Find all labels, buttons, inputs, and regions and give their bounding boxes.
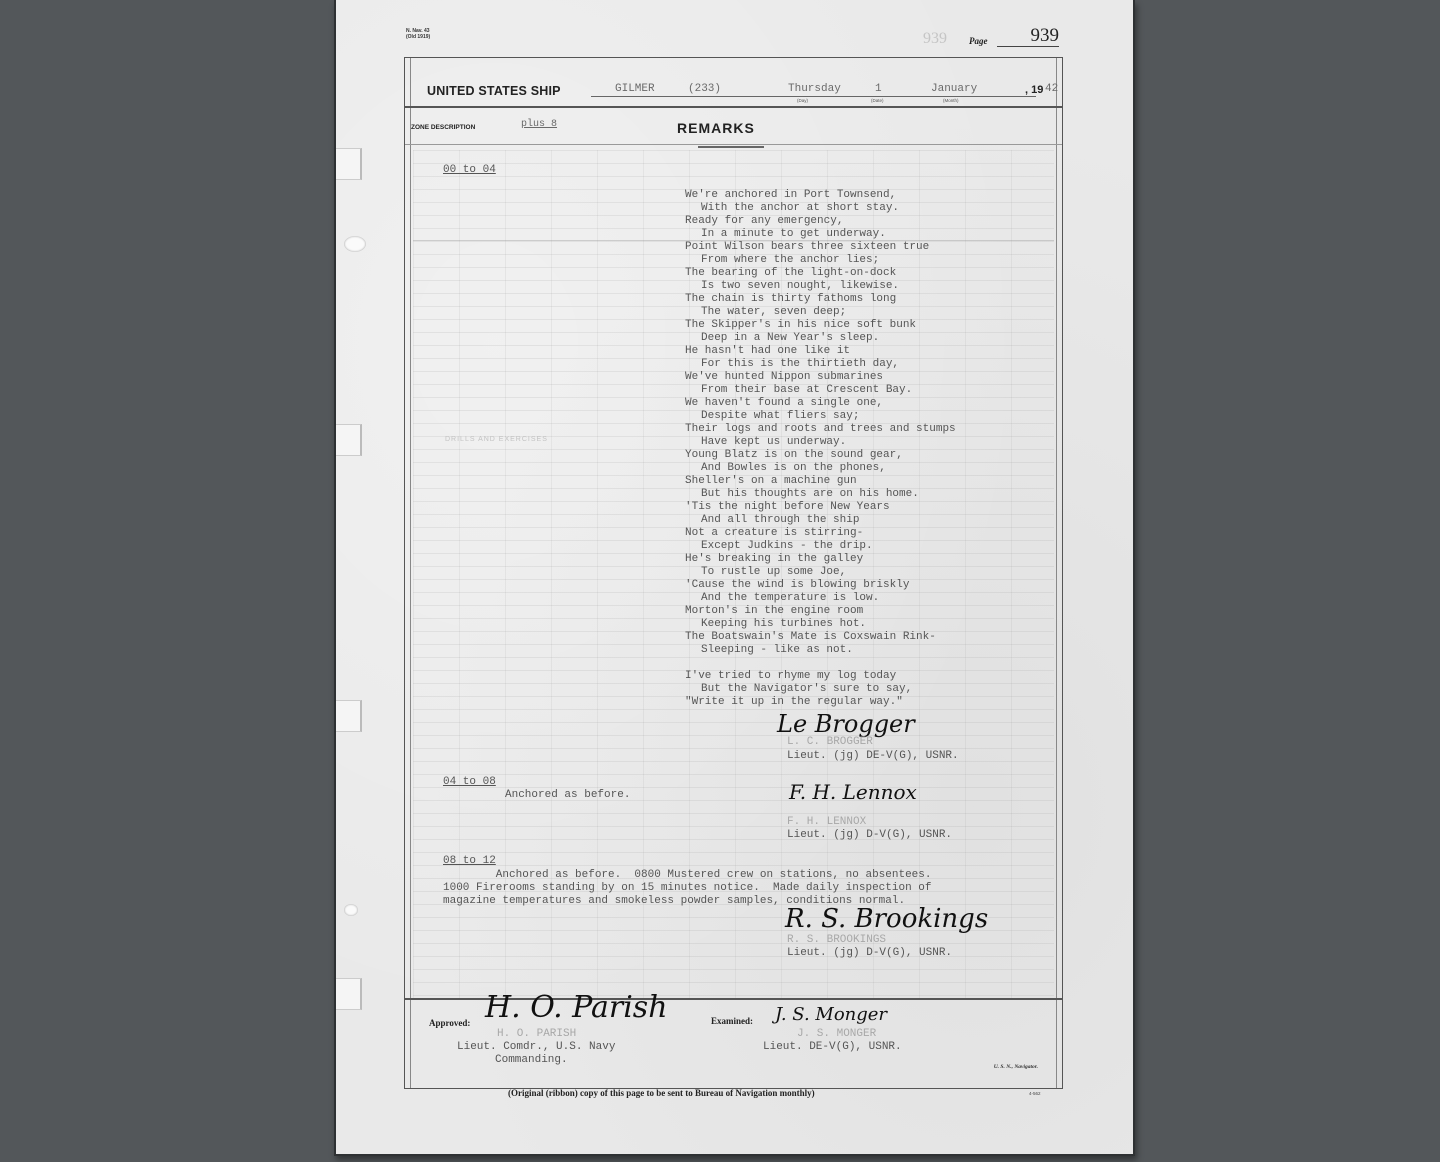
- poem-line: He's breaking in the galley: [685, 553, 956, 566]
- poem-line: We haven't found a single one,: [685, 397, 956, 410]
- log-form-frame: UNITED STATES SHIP GILMER (233) Thursday…: [404, 57, 1063, 1089]
- examined-name: J. S. MONGER: [797, 1028, 876, 1041]
- year-prefix: , 19: [1025, 84, 1043, 96]
- poem-line: Keeping his turbines hot.: [685, 618, 956, 631]
- signer-name: L. C. BROGGER: [787, 736, 873, 749]
- signer-rank: Lieut. (jg) D-V(G), USNR.: [787, 947, 952, 960]
- page-number-ghost: 939: [923, 30, 947, 48]
- poem-line: The Skipper's in his nice soft bunk: [685, 319, 956, 332]
- watch-remarks: Anchored as before.: [505, 789, 630, 802]
- frame-rule: [410, 58, 411, 1088]
- poem-line: Is two seven nought, likewise.: [685, 280, 956, 293]
- signature: Le Brogger: [777, 710, 915, 738]
- year-suffix: 42: [1045, 83, 1058, 95]
- poem-line: 'Tis the night before New Years: [685, 501, 956, 514]
- poem-line: "Write it up in the regular way.": [685, 696, 956, 709]
- approved-name: H. O. PARISH: [497, 1028, 576, 1041]
- poem-line: To rustle up some Joe,: [685, 566, 956, 579]
- examined-signature: J. S. Monger: [775, 1004, 887, 1025]
- ship-underline: [591, 96, 1036, 97]
- poem-line: Young Blatz is on the sound gear,: [685, 449, 956, 462]
- zone-label: ZONE DESCRIPTION: [411, 124, 475, 131]
- poem-line: Their logs and roots and trees and stump…: [685, 423, 956, 436]
- log-page: N. Nav. 43 (Old 1919) 939 Page 939 UNITE…: [334, 0, 1135, 1156]
- page-number-area: 939 Page 939: [923, 26, 1063, 48]
- watch-period: 00 to 04: [443, 164, 496, 176]
- page-number: 939: [997, 26, 1059, 47]
- ship-number: (233): [688, 83, 721, 95]
- navigator-caption: U. S. N., Navigator.: [994, 1064, 1038, 1070]
- poem-line: With the anchor at short stay.: [685, 202, 956, 215]
- ship-name: GILMER: [615, 83, 655, 95]
- poem-line: Not a creature is stirring-: [685, 527, 956, 540]
- poem-line: Except Judkins - the drip.: [685, 540, 956, 553]
- zone-value: plus 8: [521, 119, 557, 130]
- approved-role: Commanding.: [495, 1054, 568, 1067]
- form-code: 4-562: [1029, 1091, 1041, 1096]
- watch-remarks-line: Anchored as before. 0800 Mustered crew o…: [443, 869, 931, 882]
- poem-line: And the temperature is low.: [685, 592, 956, 605]
- signer-rank: Lieut. (jg) D-V(G), USNR.: [787, 829, 952, 842]
- binder-tab: [336, 148, 362, 180]
- poem-line: But his thoughts are on his home.: [685, 488, 956, 501]
- poem-line: Deep in a New Year's sleep.: [685, 332, 956, 345]
- binder-tab: [336, 424, 362, 456]
- poem-line: And Bowles is on the phones,: [685, 462, 956, 475]
- poem-line: The water, seven deep;: [685, 306, 956, 319]
- poem-line: In a minute to get underway.: [685, 228, 956, 241]
- poem-line: And all through the ship: [685, 514, 956, 527]
- form-id: N. Nav. 43 (Old 1919): [406, 28, 430, 40]
- bleed-through-text: DRILLS AND EXERCISES: [445, 436, 548, 443]
- ship-header: UNITED STATES SHIP GILMER (233) Thursday…: [405, 58, 1062, 108]
- poem-line: For this is the thirtieth day,: [685, 358, 956, 371]
- footer-note: (Original (ribbon) copy of this page to …: [508, 1088, 815, 1098]
- poem-line: But the Navigator's sure to say,: [685, 683, 956, 696]
- poem-line: We've hunted Nippon submarines: [685, 371, 956, 384]
- ship-label: UNITED STATES SHIP: [427, 84, 561, 98]
- binder-tab: [336, 700, 362, 732]
- examined-label: Examined:: [711, 1016, 753, 1026]
- poem-line: Sheller's on a machine gun: [685, 475, 956, 488]
- approved-signature: H. O. Parish: [485, 990, 668, 1025]
- poem-remarks: We're anchored in Port Townsend,With the…: [685, 189, 956, 709]
- watch-period: 08 to 12: [443, 855, 496, 867]
- poem-line: I've tried to rhyme my log today: [685, 670, 956, 683]
- approved-label: Approved:: [429, 1018, 470, 1028]
- month-caption: (Month): [943, 98, 959, 103]
- log-day: Thursday: [788, 83, 841, 95]
- frame-rule: [1056, 58, 1057, 1088]
- poem-line: From their base at Crescent Bay.: [685, 384, 956, 397]
- approval-section: Approved: H. O. Parish H. O. PARISH Lieu…: [405, 998, 1062, 1090]
- poem-line: The Boatswain's Mate is Coxswain Rink-: [685, 631, 956, 644]
- poem-line: From where the anchor lies;: [685, 254, 956, 267]
- poem-line: The bearing of the light-on-dock: [685, 267, 956, 280]
- binder-hole: [344, 904, 358, 916]
- examined-rank: Lieut. DE-V(G), USNR.: [763, 1041, 902, 1054]
- poem-line: We're anchored in Port Townsend,: [685, 189, 956, 202]
- signer-name: F. H. LENNOX: [787, 816, 866, 829]
- poem-line: Despite what fliers say;: [685, 410, 956, 423]
- approved-rank: Lieut. Comdr., U.S. Navy: [457, 1041, 615, 1054]
- poem-line: Point Wilson bears three sixteen true: [685, 241, 956, 254]
- binder-tab: [336, 978, 362, 1010]
- title-underbar: [698, 146, 764, 148]
- binder-hole: [344, 236, 366, 252]
- poem-line: He hasn't had one like it: [685, 345, 956, 358]
- signature: R. S. Brookings: [785, 904, 988, 934]
- signer-rank: Lieut. (jg) DE-V(G), USNR.: [787, 750, 959, 763]
- watch-period: 04 to 08: [443, 776, 496, 788]
- poem-line: Have kept us underway.: [685, 436, 956, 449]
- form-id-line: (Old 1919): [406, 34, 430, 40]
- date-caption: (Date): [871, 98, 884, 103]
- watch-remarks-line: 1000 Firerooms standing by on 15 minutes…: [443, 882, 931, 895]
- day-caption: (Day): [797, 98, 808, 103]
- zone-row: ZONE DESCRIPTION plus 8 REMARKS: [405, 108, 1062, 145]
- page-label: Page: [969, 36, 988, 46]
- poem-line: Morton's in the engine room: [685, 605, 956, 618]
- poem-line: Ready for any emergency,: [685, 215, 956, 228]
- poem-line: Sleeping - like as not.: [685, 644, 956, 657]
- signature: F. H. Lennox: [789, 780, 917, 804]
- signer-name: R. S. BROOKINGS: [787, 934, 886, 947]
- poem-line: 'Cause the wind is blowing briskly: [685, 579, 956, 592]
- log-month: January: [931, 83, 977, 95]
- log-date: 1: [875, 83, 882, 95]
- remarks-title: REMARKS: [677, 120, 755, 136]
- poem-line: The chain is thirty fathoms long: [685, 293, 956, 306]
- poem-line: [685, 657, 956, 670]
